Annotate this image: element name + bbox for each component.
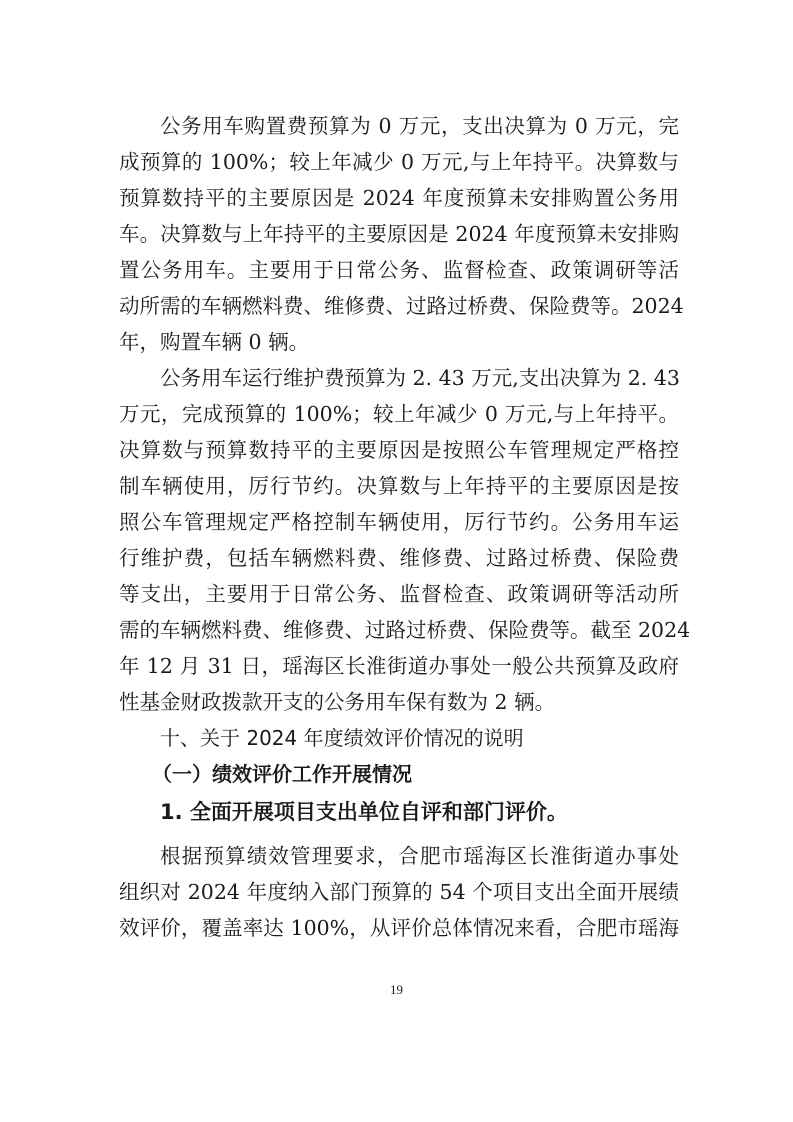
- paragraph-line: 万元，完成预算的 100%；较上年减少 0 万元,与上年持平。: [119, 400, 679, 428]
- document-page: 公务用车购置费预算为 0 万元，支出决算为 0 万元，完 成预算的 100%；较…: [0, 0, 793, 1122]
- paragraph-line: 效评价，覆盖率达 100%，从评价总体情况来看，合肥市瑶海: [119, 914, 679, 942]
- paragraph-line: 根据预算绩效管理要求，合肥市瑶海区长淮街道办事处: [160, 842, 679, 870]
- paragraph-line: 预算数持平的主要原因是 2024 年度预算未安排购置公务用: [119, 184, 679, 212]
- paragraph-line: 需的车辆燃料费、维修费、过路过桥费、保险费等。截至 2024: [119, 616, 679, 644]
- paragraph-line: 制车辆使用，厉行节约。决算数与上年持平的主要原因是按: [119, 472, 679, 500]
- paragraph-line: 年，购置车辆 0 辆。: [119, 328, 679, 356]
- paragraph-line: 决算数与预算数持平的主要原因是按照公车管理规定严格控: [119, 436, 679, 464]
- section-heading: 十、关于 2024 年度绩效评价情况的说明: [160, 724, 679, 752]
- paragraph-line: 年 12 月 31 日，瑶海区长淮街道办事处一般公共预算及政府: [119, 652, 679, 680]
- paragraph-line: 车。决算数与上年持平的主要原因是 2024 年度预算未安排购: [119, 220, 679, 248]
- paragraph-line: 公务用车购置费预算为 0 万元，支出决算为 0 万元，完: [160, 112, 679, 140]
- paragraph-line: 置公务用车。主要用于日常公务、监督检查、政策调研等活: [119, 256, 679, 284]
- item-heading: 1. 全面开展项目支出单位自评和部门评价。: [160, 798, 679, 826]
- paragraph-line: 组织对 2024 年度纳入部门预算的 54 个项目支出全面开展绩: [119, 878, 679, 906]
- paragraph-line: 照公车管理规定严格控制车辆使用，厉行节约。公务用车运: [119, 508, 679, 536]
- paragraph-line: 等支出，主要用于日常公务、监督检查、政策调研等活动所: [119, 580, 679, 608]
- paragraph-line: 性基金财政拨款开支的公务用车保有数为 2 辆。: [119, 688, 679, 716]
- paragraph-line: 成预算的 100%；较上年减少 0 万元,与上年持平。决算数与: [119, 148, 679, 176]
- page-number: 19: [0, 982, 793, 998]
- paragraph-line: 动所需的车辆燃料费、维修费、过路过桥费、保险费等。2024: [119, 292, 679, 320]
- paragraph-line: 公务用车运行维护费预算为 2. 43 万元,支出决算为 2. 43: [160, 364, 679, 392]
- paragraph-line: 行维护费，包括车辆燃料费、维修费、过路过桥费、保险费: [119, 544, 679, 572]
- subsection-heading: （一）绩效评价工作开展情况: [152, 760, 712, 788]
